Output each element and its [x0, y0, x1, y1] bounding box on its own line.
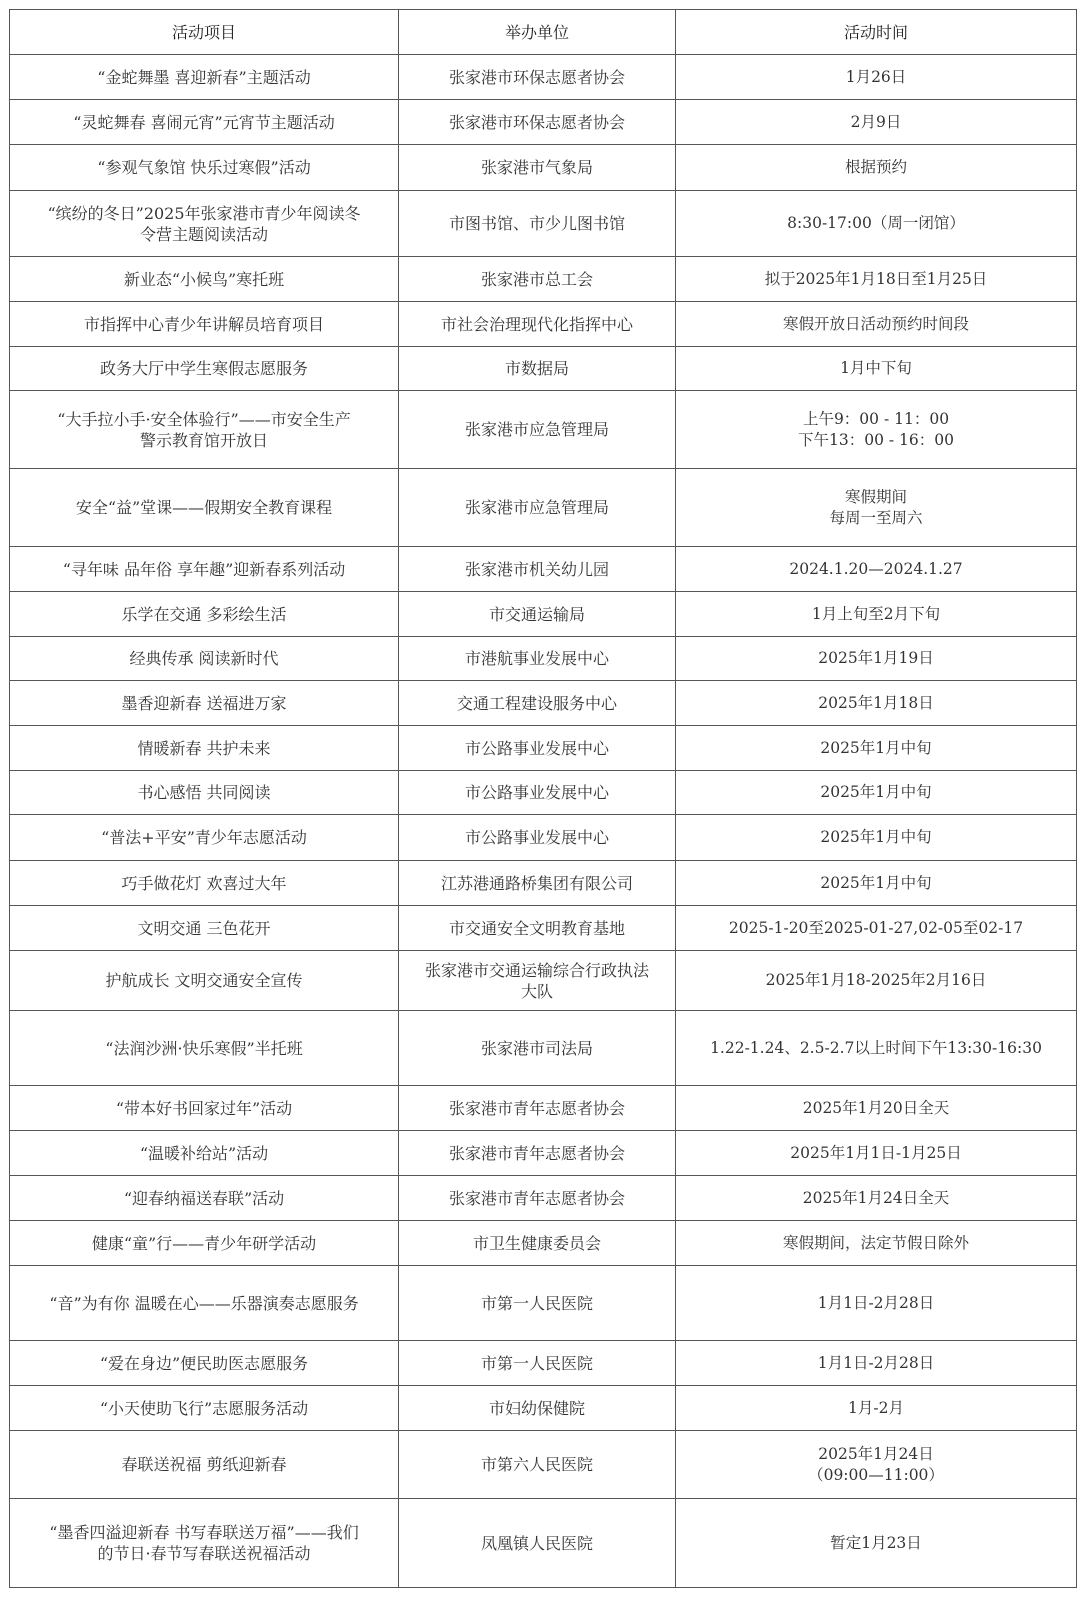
table-row: “爱在身边”便民助医志愿服务市第一人民医院1月1日-2月28日 — [10, 1341, 1077, 1386]
time-cell: 1月1日-2月28日 — [676, 1341, 1077, 1386]
activity-cell: “温暖补给站”活动 — [10, 1131, 399, 1176]
table-row: “普法+平安”青少年志愿活动市公路事业发展中心2025年1月中旬 — [10, 815, 1077, 861]
activity-cell: 健康“童”行——青少年研学活动 — [10, 1221, 399, 1266]
activity-table: 活动项目 举办单位 活动时间 “金蛇舞墨 喜迎新春”主题活动张家港市环保志愿者协… — [9, 9, 1077, 1588]
organizer-cell: 市图书馆、市少儿图书馆 — [399, 191, 676, 257]
time-cell: 2025年1月中旬 — [676, 726, 1077, 771]
activity-cell: 情暖新春 共护未来 — [10, 726, 399, 771]
activity-cell: “音”为有你 温暖在心——乐器演奏志愿服务 — [10, 1266, 399, 1341]
table-row: “迎春纳福送春联”活动张家港市青年志愿者协会2025年1月24日全天 — [10, 1176, 1077, 1221]
table-row: “灵蛇舞春 喜闹元宵”元宵节主题活动张家港市环保志愿者协会2月9日 — [10, 100, 1077, 145]
organizer-cell: 市妇幼保健院 — [399, 1386, 676, 1431]
organizer-cell: 市交通运输局 — [399, 592, 676, 637]
activity-cell: 政务大厅中学生寒假志愿服务 — [10, 347, 399, 391]
time-cell: 2025年1月24日 （09:00—11:00） — [676, 1431, 1077, 1499]
activity-cell: 书心感悟 共同阅读 — [10, 771, 399, 815]
table-row: “法润沙洲·快乐寒假”半托班张家港市司法局1.22-1.24、2.5-2.7以上… — [10, 1011, 1077, 1086]
activity-cell: 墨香迎新春 送福进万家 — [10, 681, 399, 726]
time-cell: 2025年1月19日 — [676, 637, 1077, 681]
table-row: “音”为有你 温暖在心——乐器演奏志愿服务市第一人民医院1月1日-2月28日 — [10, 1266, 1077, 1341]
time-cell: 1月1日-2月28日 — [676, 1266, 1077, 1341]
activity-cell: 经典传承 阅读新时代 — [10, 637, 399, 681]
time-cell: 2025-1-20至2025-01-27,02-05至02-17 — [676, 906, 1077, 951]
activity-cell: “普法+平安”青少年志愿活动 — [10, 815, 399, 861]
organizer-cell: 市交通安全文明教育基地 — [399, 906, 676, 951]
time-cell: 2025年1月1日-1月25日 — [676, 1131, 1077, 1176]
activity-cell: 乐学在交通 多彩绘生活 — [10, 592, 399, 637]
time-cell: 2025年1月18-2025年2月16日 — [676, 951, 1077, 1011]
table-row: “小天使助飞行”志愿服务活动市妇幼保健院1月-2月 — [10, 1386, 1077, 1431]
table-row: “温暖补给站”活动张家港市青年志愿者协会2025年1月1日-1月25日 — [10, 1131, 1077, 1176]
organizer-cell: 凤凰镇人民医院 — [399, 1499, 676, 1588]
header-organizer: 举办单位 — [399, 10, 676, 55]
table-row: 乐学在交通 多彩绘生活市交通运输局1月上旬至2月下旬 — [10, 592, 1077, 637]
table-row: 文明交通 三色花开市交通安全文明教育基地2025-1-20至2025-01-27… — [10, 906, 1077, 951]
time-cell: 2025年1月中旬 — [676, 861, 1077, 906]
activity-cell: “大手拉小手·安全体验行”——市安全生产 警示教育馆开放日 — [10, 391, 399, 469]
time-cell: 寒假期间，法定节假日除外 — [676, 1221, 1077, 1266]
organizer-cell: 张家港市气象局 — [399, 145, 676, 191]
activity-cell: 新业态“小候鸟”寒托班 — [10, 257, 399, 302]
activity-cell: “参观气象馆 快乐过寒假”活动 — [10, 145, 399, 191]
table-row: 墨香迎新春 送福进万家交通工程建设服务中心2025年1月18日 — [10, 681, 1077, 726]
table-row: “寻年味 品年俗 享年趣”迎新春系列活动张家港市机关幼儿园2024.1.20—2… — [10, 547, 1077, 592]
header-time: 活动时间 — [676, 10, 1077, 55]
table-row: “金蛇舞墨 喜迎新春”主题活动张家港市环保志愿者协会1月26日 — [10, 55, 1077, 100]
activity-cell: “缤纷的冬日”2025年张家港市青少年阅读冬 令营主题阅读活动 — [10, 191, 399, 257]
organizer-cell: 市第六人民医院 — [399, 1431, 676, 1499]
table-row: 健康“童”行——青少年研学活动市卫生健康委员会寒假期间，法定节假日除外 — [10, 1221, 1077, 1266]
table-row: “缤纷的冬日”2025年张家港市青少年阅读冬 令营主题阅读活动市图书馆、市少儿图… — [10, 191, 1077, 257]
time-cell: 寒假开放日活动预约时间段 — [676, 302, 1077, 347]
organizer-cell: 市港航事业发展中心 — [399, 637, 676, 681]
time-cell: 2月9日 — [676, 100, 1077, 145]
organizer-cell: 张家港市环保志愿者协会 — [399, 55, 676, 100]
time-cell: 上午9：00 - 11：00 下午13：00 - 16：00 — [676, 391, 1077, 469]
organizer-cell: 张家港市交通运输综合行政执法 大队 — [399, 951, 676, 1011]
organizer-cell: 张家港市环保志愿者协会 — [399, 100, 676, 145]
table-header-row: 活动项目 举办单位 活动时间 — [10, 10, 1077, 55]
activity-cell: 护航成长 文明交通安全宣传 — [10, 951, 399, 1011]
organizer-cell: 张家港市总工会 — [399, 257, 676, 302]
time-cell: 2024.1.20—2024.1.27 — [676, 547, 1077, 592]
table-row: 安全“益”堂课——假期安全教育课程张家港市应急管理局寒假期间 每周一至周六 — [10, 469, 1077, 547]
table-row: 经典传承 阅读新时代市港航事业发展中心2025年1月19日 — [10, 637, 1077, 681]
activity-cell: 文明交通 三色花开 — [10, 906, 399, 951]
time-cell: 1月-2月 — [676, 1386, 1077, 1431]
organizer-cell: 张家港市青年志愿者协会 — [399, 1086, 676, 1131]
table-row: “墨香四溢迎新春 书写春联送万福”——我们 的节日·春节写春联送祝福活动凤凰镇人… — [10, 1499, 1077, 1588]
organizer-cell: 张家港市青年志愿者协会 — [399, 1131, 676, 1176]
organizer-cell: 江苏港通路桥集团有限公司 — [399, 861, 676, 906]
organizer-cell: 交通工程建设服务中心 — [399, 681, 676, 726]
time-cell: 1月上旬至2月下旬 — [676, 592, 1077, 637]
time-cell: 8:30-17:00（周一闭馆） — [676, 191, 1077, 257]
table-row: “带本好书回家过年”活动张家港市青年志愿者协会2025年1月20日全天 — [10, 1086, 1077, 1131]
time-cell: 2025年1月24日全天 — [676, 1176, 1077, 1221]
time-cell: 2025年1月18日 — [676, 681, 1077, 726]
organizer-cell: 市公路事业发展中心 — [399, 726, 676, 771]
activity-cell: “迎春纳福送春联”活动 — [10, 1176, 399, 1221]
organizer-cell: 张家港市应急管理局 — [399, 391, 676, 469]
table-row: 新业态“小候鸟”寒托班张家港市总工会拟于2025年1月18日至1月25日 — [10, 257, 1077, 302]
organizer-cell: 张家港市机关幼儿园 — [399, 547, 676, 592]
activity-cell: 市指挥中心青少年讲解员培育项目 — [10, 302, 399, 347]
organizer-cell: 市第一人民医院 — [399, 1341, 676, 1386]
table-row: 护航成长 文明交通安全宣传张家港市交通运输综合行政执法 大队2025年1月18-… — [10, 951, 1077, 1011]
time-cell: 1.22-1.24、2.5-2.7以上时间下午13:30-16:30 — [676, 1011, 1077, 1086]
organizer-cell: 张家港市青年志愿者协会 — [399, 1176, 676, 1221]
table-row: 巧手做花灯 欢喜过大年江苏港通路桥集团有限公司2025年1月中旬 — [10, 861, 1077, 906]
organizer-cell: 市数据局 — [399, 347, 676, 391]
time-cell: 1月中下旬 — [676, 347, 1077, 391]
table-row: 情暖新春 共护未来市公路事业发展中心2025年1月中旬 — [10, 726, 1077, 771]
table-row: “参观气象馆 快乐过寒假”活动张家港市气象局根据预约 — [10, 145, 1077, 191]
activity-cell: “金蛇舞墨 喜迎新春”主题活动 — [10, 55, 399, 100]
table-row: 书心感悟 共同阅读市公路事业发展中心2025年1月中旬 — [10, 771, 1077, 815]
table-row: “大手拉小手·安全体验行”——市安全生产 警示教育馆开放日张家港市应急管理局上午… — [10, 391, 1077, 469]
organizer-cell: 市公路事业发展中心 — [399, 771, 676, 815]
time-cell: 寒假期间 每周一至周六 — [676, 469, 1077, 547]
time-cell: 2025年1月20日全天 — [676, 1086, 1077, 1131]
time-cell: 1月26日 — [676, 55, 1077, 100]
organizer-cell: 市公路事业发展中心 — [399, 815, 676, 861]
time-cell: 拟于2025年1月18日至1月25日 — [676, 257, 1077, 302]
organizer-cell: 市卫生健康委员会 — [399, 1221, 676, 1266]
activity-cell: “寻年味 品年俗 享年趣”迎新春系列活动 — [10, 547, 399, 592]
time-cell: 根据预约 — [676, 145, 1077, 191]
activity-cell: “灵蛇舞春 喜闹元宵”元宵节主题活动 — [10, 100, 399, 145]
activity-cell: “带本好书回家过年”活动 — [10, 1086, 399, 1131]
activity-cell: “爱在身边”便民助医志愿服务 — [10, 1341, 399, 1386]
activity-cell: 安全“益”堂课——假期安全教育课程 — [10, 469, 399, 547]
organizer-cell: 市第一人民医院 — [399, 1266, 676, 1341]
time-cell: 暂定1月23日 — [676, 1499, 1077, 1588]
activity-cell: “法润沙洲·快乐寒假”半托班 — [10, 1011, 399, 1086]
table-body: “金蛇舞墨 喜迎新春”主题活动张家港市环保志愿者协会1月26日“灵蛇舞春 喜闹元… — [10, 55, 1077, 1588]
activity-cell: 巧手做花灯 欢喜过大年 — [10, 861, 399, 906]
activity-cell: 春联送祝福 剪纸迎新春 — [10, 1431, 399, 1499]
organizer-cell: 张家港市应急管理局 — [399, 469, 676, 547]
organizer-cell: 张家港市司法局 — [399, 1011, 676, 1086]
table-row: 政务大厅中学生寒假志愿服务市数据局1月中下旬 — [10, 347, 1077, 391]
header-activity: 活动项目 — [10, 10, 399, 55]
activity-cell: “小天使助飞行”志愿服务活动 — [10, 1386, 399, 1431]
organizer-cell: 市社会治理现代化指挥中心 — [399, 302, 676, 347]
table-row: 市指挥中心青少年讲解员培育项目市社会治理现代化指挥中心寒假开放日活动预约时间段 — [10, 302, 1077, 347]
time-cell: 2025年1月中旬 — [676, 815, 1077, 861]
activity-cell: “墨香四溢迎新春 书写春联送万福”——我们 的节日·春节写春联送祝福活动 — [10, 1499, 399, 1588]
table-row: 春联送祝福 剪纸迎新春市第六人民医院2025年1月24日 （09:00—11:0… — [10, 1431, 1077, 1499]
time-cell: 2025年1月中旬 — [676, 771, 1077, 815]
